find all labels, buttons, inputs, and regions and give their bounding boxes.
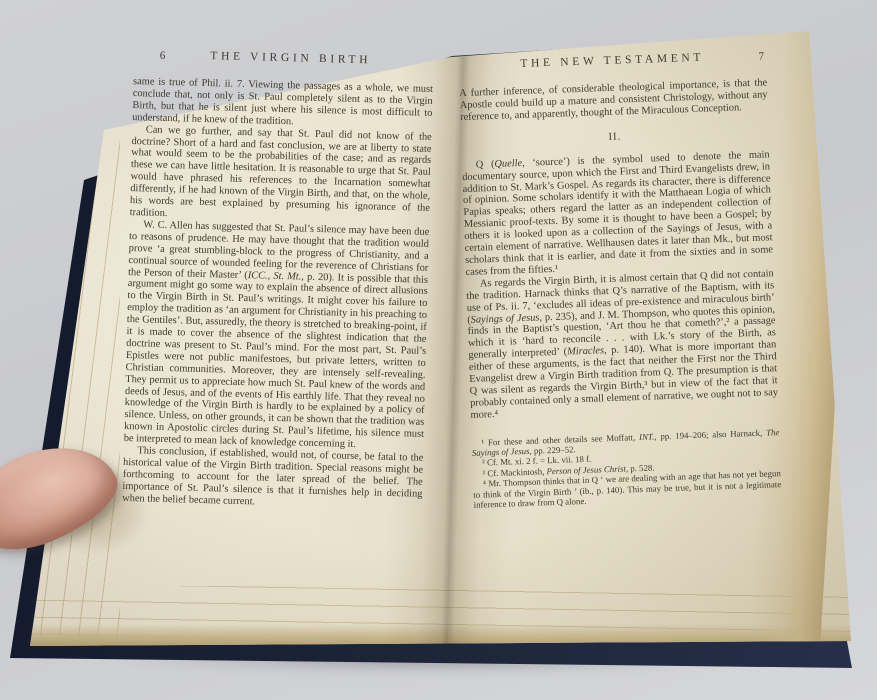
left-running-title: THE VIRGIN BIRTH [134, 48, 434, 68]
left-running-head: 6 THE VIRGIN BIRTH [134, 48, 434, 74]
right-paragraph-2: As regards the Virgin Birth, it is almos… [466, 268, 779, 422]
section-heading: II. [461, 126, 769, 148]
left-page-number: 6 [160, 50, 166, 62]
right-intro-paragraph: A further inference, of considerable the… [459, 77, 768, 123]
right-paragraph-1: Q (Quelle, ‘source’) is the symbol used … [462, 149, 774, 279]
left-page: 6 THE VIRGIN BIRTH same is true of Phil.… [122, 48, 434, 512]
right-page: THE NEW TESTAMENT 7 A further inference,… [458, 49, 782, 510]
left-paragraph-3: W. C. Allen has suggested that St. Paul’… [124, 219, 430, 453]
book-photograph: 6 THE VIRGIN BIRTH same is true of Phil.… [0, 0, 877, 700]
left-paragraph-1: same is true of Phil. ii. 7. Viewing the… [132, 76, 433, 131]
left-paragraph-4: This conclusion, if established, would n… [122, 445, 423, 512]
right-page-number: 7 [758, 50, 764, 62]
footnotes: ¹ For these and other details see Moffat… [471, 427, 781, 511]
left-paragraph-2: Can we go further, and say that St. Paul… [130, 124, 432, 227]
